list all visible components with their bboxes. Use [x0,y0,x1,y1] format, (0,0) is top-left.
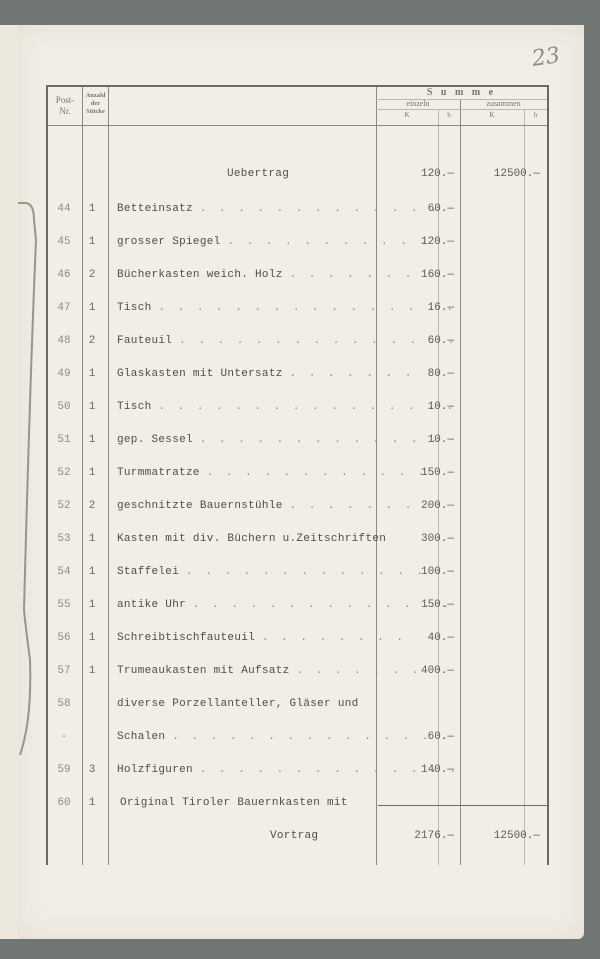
quantity: 1 [84,434,100,446]
uebertrag-zusammen: 12500.— [462,168,540,180]
position-number: 54 [52,566,76,578]
position-number: 55 [52,599,76,611]
position-number: 44 [52,203,76,215]
position-number: 49 [52,368,76,380]
quantity: 1 [84,665,100,677]
item-price: 60.— [380,335,454,347]
item-price: 16.— [380,302,454,314]
table-row: 47 1 Tisch . . . . . . . . . . . . . . .… [0,302,600,322]
item-price: 300.— [380,533,454,545]
table-row: 48 2 Fauteuil . . . . . . . . . . . . . … [0,335,600,355]
table-row: 60 1 Original Tiroler Bauernkasten mit [0,797,600,817]
item-price: 140.— [380,764,454,776]
table-row: 51 1 gep. Sessel . . . . . . . . . . . .… [0,434,600,454]
position-number: 59 [52,764,76,776]
uebertrag-row: Uebertrag 120.— 12500.— [0,168,600,188]
item-price: 200.— [380,500,454,512]
quantity: 3 [84,764,100,776]
quantity: 1 [84,599,100,611]
quantity: 1 [84,368,100,380]
position-number: 60 [52,797,76,809]
vortrag-einzeln: 2176.— [380,830,454,842]
position-number: 52 [52,467,76,479]
quantity: 1 [84,203,100,215]
position-number: 50 [52,401,76,413]
quantity: 1 [84,533,100,545]
table-row: 53 1 Kasten mit div. Büchern u.Zeitschri… [0,533,600,553]
header-rule [376,109,547,110]
item-price: 10.— [380,401,454,413]
page-number: 23 [530,43,561,72]
table-row: 55 1 antike Uhr . . . . . . . . . . . . … [0,599,600,619]
position-number: 53 [52,533,76,545]
table-row: 50 1 Tisch . . . . . . . . . . . . . . .… [0,401,600,421]
quantity: 1 [84,566,100,578]
vortrag-row: Vortrag 2176.— 12500.— [0,830,600,850]
item-description: Glaskasten mit Untersatz . . . . . . . [117,368,414,380]
position-number: 57 [52,665,76,677]
header-zusammen-k: K [460,111,524,119]
table-row: 46 2 Bücherkasten weich. Holz . . . . . … [0,269,600,289]
uebertrag-einzeln: 120.— [380,168,454,180]
header-post-nr: Post- Nr. [48,95,82,117]
item-price: 150.— [380,599,454,611]
header-einzeln: einzeln [376,99,460,108]
quantity: 2 [84,269,100,281]
header-zusammen-h: h [524,111,547,119]
position-number: 58 [52,698,76,710]
table-row: - Schalen . . . . . . . . . . . . . . . … [0,731,600,751]
table-row: 44 1 Betteinsatz . . . . . . . . . . . .… [0,203,600,223]
item-price: 400.— [380,665,454,677]
position-number: - [52,731,76,743]
header-zusammen: zusammen [460,99,547,108]
position-number: 56 [52,632,76,644]
quantity: 1 [84,797,100,809]
header-rule [48,125,547,126]
table-row: 52 1 Turmmatratze . . . . . . . . . . . … [0,467,600,487]
sum-rule [378,805,548,806]
table-row: 57 1 Trumeaukasten mit Aufsatz . . . . .… [0,665,600,685]
quantity: 2 [84,500,100,512]
position-number: 46 [52,269,76,281]
item-description: diverse Porzellanteller, Gläser und [117,698,359,710]
item-description: Original Tiroler Bauernkasten mit [120,797,348,809]
position-number: 48 [52,335,76,347]
item-price: 160.— [380,269,454,281]
item-description: Bücherkasten weich. Holz . . . . . . . [117,269,414,281]
item-price: 120.— [380,236,454,248]
position-number: 52 [52,500,76,512]
quantity: 2 [84,335,100,347]
table-row: 58 diverse Porzellanteller, Gläser und [0,698,600,718]
uebertrag-label: Uebertrag [227,168,289,180]
table-row: 52 2 geschnitzte Bauernstühle . . . . . … [0,500,600,520]
item-price: 80.— [380,368,454,380]
header-summe: S u m m e [376,87,547,98]
position-number: 51 [52,434,76,446]
position-number: 45 [52,236,76,248]
header-einzeln-k: K [376,111,438,119]
item-description: Schreibtischfauteuil . . . . . . . . [117,632,406,644]
table-row: 59 3 Holzfiguren . . . . . . . . . . . .… [0,764,600,784]
quantity: 1 [84,467,100,479]
header-anzahl: Anzahl der Stücke [83,92,108,116]
item-description: Trumeaukasten mit Aufsatz . . . . . . . [117,665,421,677]
item-description: Kasten mit div. Büchern u.Zeitschriften [117,533,386,545]
table-row: 45 1 grosser Spiegel . . . . . . . . . .… [0,236,600,256]
vortrag-zusammen: 12500.— [462,830,540,842]
item-description: geschnitzte Bauernstühle . . . . . . . [117,500,414,512]
item-price: 10.— [380,434,454,446]
table-row: 56 1 Schreibtischfauteuil . . . . . . . … [0,632,600,652]
item-price: 40.— [380,632,454,644]
vortrag-label: Vortrag [270,830,318,842]
item-price: 150.— [380,467,454,479]
header-einzeln-h: h [438,111,460,119]
table-row: 54 1 Staffelei . . . . . . . . . . . . .… [0,566,600,586]
quantity: 1 [84,302,100,314]
item-price: 60.— [380,203,454,215]
item-price: 60.— [380,731,454,743]
table-row: 49 1 Glaskasten mit Untersatz . . . . . … [0,368,600,388]
quantity: 1 [84,401,100,413]
item-price: 100.— [380,566,454,578]
quantity: 1 [84,236,100,248]
quantity: 1 [84,632,100,644]
position-number: 47 [52,302,76,314]
